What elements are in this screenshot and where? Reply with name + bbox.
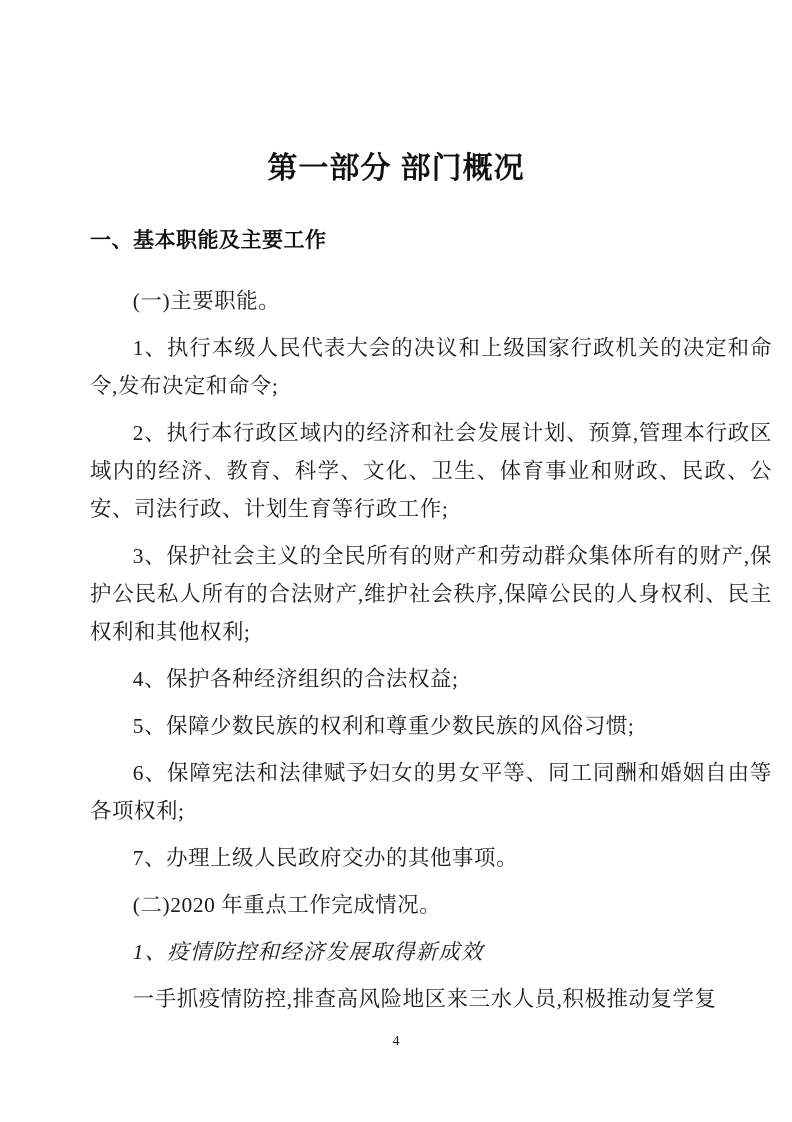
document-body: (一)主要职能。 1、执行本级人民代表大会的决议和上级国家行政机关的决定和命令,… (90, 282, 772, 1018)
body-paragraph: 3、保护社会主义的全民所有的财产和劳动群众集体所有的财产,保护公民私人所有的合法… (90, 537, 772, 651)
body-paragraph: 4、保护各种经济组织的合法权益; (90, 660, 772, 698)
body-paragraph: 2、执行本行政区域内的经济和社会发展计划、预算,管理本行政区域内的经济、教育、科… (90, 414, 772, 528)
section-heading: 一、基本职能及主要工作 (90, 228, 772, 254)
body-paragraph-kai: 1、疫情防控和经济发展取得新成效 (90, 933, 772, 971)
body-paragraph: 7、办理上级人民政府交办的其他事项。 (90, 839, 772, 877)
page-number: 4 (0, 1034, 792, 1050)
document-page: 第一部分 部门概况 一、基本职能及主要工作 (一)主要职能。 1、执行本级人民代… (0, 0, 792, 1122)
body-paragraph: (一)主要职能。 (90, 282, 772, 320)
body-paragraph: 1、执行本级人民代表大会的决议和上级国家行政机关的决定和命令,发布决定和命令; (90, 329, 772, 405)
body-paragraph: 一手抓疫情防控,排查高风险地区来三水人员,积极推动复学复 (90, 980, 772, 1018)
document-title: 第一部分 部门概况 (0, 0, 792, 188)
body-paragraph: 6、保障宪法和法律赋予妇女的男女平等、同工同酬和婚姻自由等各项权利; (90, 754, 772, 830)
body-paragraph: (二)2020 年重点工作完成情况。 (90, 886, 772, 924)
body-paragraph: 5、保障少数民族的权利和尊重少数民族的风俗习惯; (90, 707, 772, 745)
